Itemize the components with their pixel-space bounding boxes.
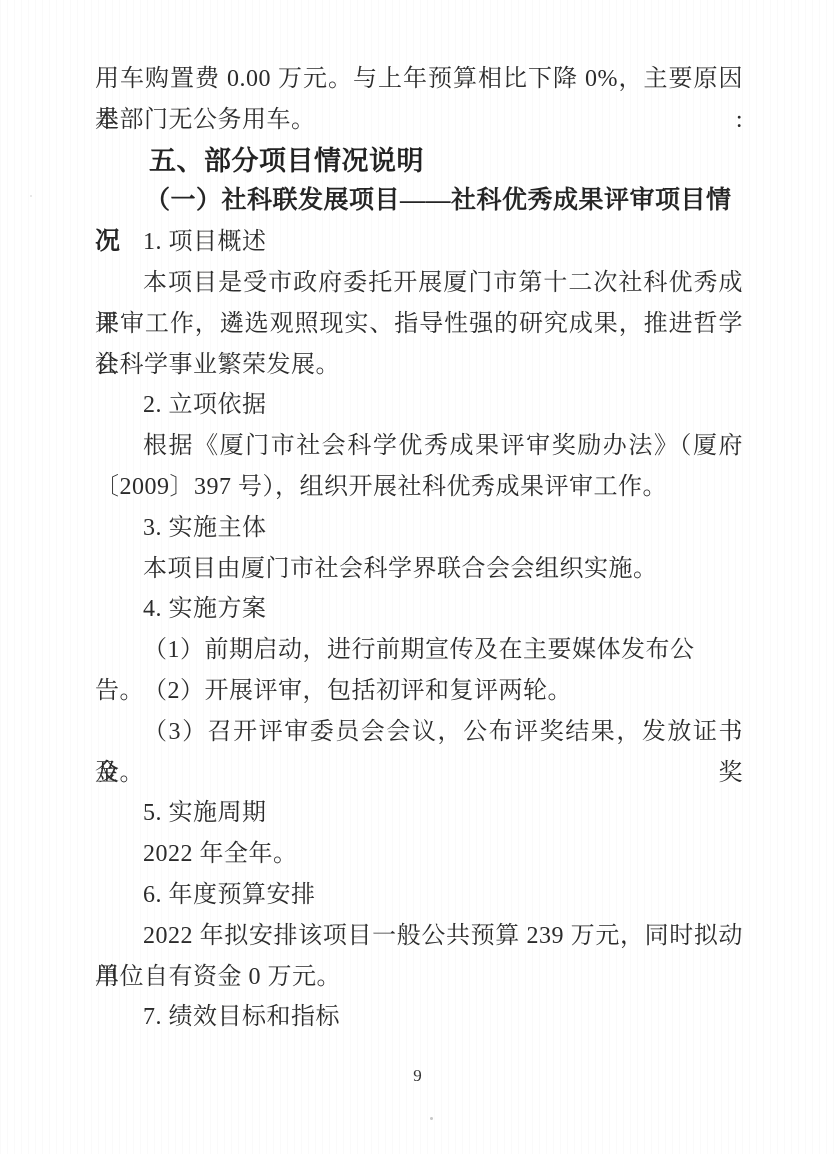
text-line: 单位自有资金 0 万元。 [95,957,743,998]
scan-speck [430,1117,433,1120]
text-line: 〔2009〕397 号），组织开展社科优秀成果评审工作。 [95,467,743,508]
section-heading: 五、部分项目情况说明 [95,141,743,182]
subsection-heading: （一）社科联发展项目——社科优秀成果评审项目情况 [95,181,743,222]
item-heading: 1. 项目概述 [95,222,743,263]
text-line: （2）开展评审，包括初评和复评两轮。 [95,671,743,712]
item-heading: 7. 绩效目标和指标 [95,997,743,1038]
item-heading: 5. 实施周期 [95,793,743,834]
text-line: 会科学事业繁荣发展。 [95,345,743,386]
text-line: （3）召开评审委员会会议，公布评奖结果，发放证书及奖 [95,712,743,753]
text-line: 评审工作，遴选观照现实、指导性强的研究成果，推进哲学社 [95,304,743,345]
item-heading: 2. 立项依据 [95,385,743,426]
scan-speck [30,195,32,197]
text-line: 本项目由厦门市社会科学界联合会会组织实施。 [95,549,743,590]
text-line: 用车购置费 0.00 万元。与上年预算相比下降 0%，主要原因是: [95,59,743,100]
item-heading: 6. 年度预算安排 [95,875,743,916]
page-number: 9 [0,1066,835,1086]
document-page: 用车购置费 0.00 万元。与上年预算相比下降 0%，主要原因是: 本部门无公务… [0,0,835,1154]
text-line: 2022 年拟安排该项目一般公共预算 239 万元，同时拟动用 [95,916,743,957]
item-heading: 3. 实施主体 [95,508,743,549]
document-body: 用车购置费 0.00 万元。与上年预算相比下降 0%，主要原因是: 本部门无公务… [95,59,743,1038]
item-heading: 4. 实施方案 [95,589,743,630]
text-line: 根据《厦门市社会科学优秀成果评审奖励办法》（厦府 [95,426,743,467]
text-line: （1）前期启动，进行前期宣传及在主要媒体发布公告。 [95,630,743,671]
text-line: 本项目是受市政府委托开展厦门市第十二次社科优秀成果 [95,263,743,304]
text-line: 2022 年全年。 [95,834,743,875]
